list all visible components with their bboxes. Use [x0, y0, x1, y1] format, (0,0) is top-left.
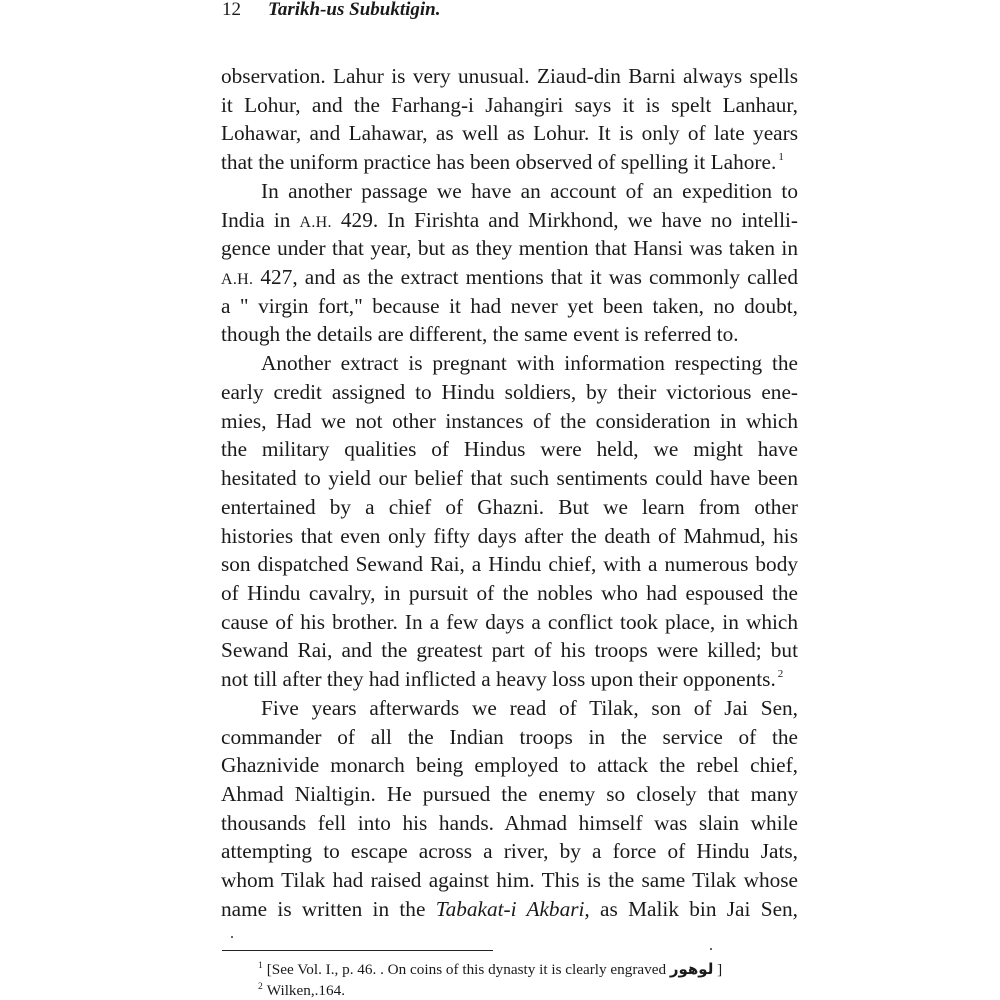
text-line: mies, Had we not other instances of the … [221, 407, 798, 436]
footnote-ref-1[interactable]: 1 [778, 151, 784, 163]
footnote-2: 2Wilken,.164. [258, 980, 722, 1000]
text-line: Ahmad Nialtigin. He pursued the enemy so… [221, 780, 798, 809]
text-line: India in A.H. 429. In Firishta and Mirkh… [221, 206, 798, 235]
era-abbrev: A.H. [221, 271, 253, 288]
text-line: not till after they had inflicted a heav… [221, 665, 798, 694]
arabic-word: لوهور [670, 960, 713, 978]
paragraph-4: Five years afterwards we read of Tilak, … [221, 694, 798, 924]
print-speck [710, 948, 712, 950]
text-line: it Lohur, and the Farhang-i Jahangiri sa… [221, 91, 798, 120]
text-line: entertained by a chief of Ghazni. But we… [221, 493, 798, 522]
text-line: observation. Lahur is very unusual. Ziau… [221, 62, 798, 91]
book-title-italic: Tabakat-i Akbari, [436, 897, 590, 921]
text-line: Sewand Rai, and the greatest part of his… [221, 636, 798, 665]
page-number: 12 [222, 0, 268, 21]
text-line: Another extract is pregnant with informa… [221, 349, 798, 378]
running-head: 12Tarikh-us Subuktigin. [222, 0, 441, 21]
body-text: observation. Lahur is very unusual. Ziau… [221, 62, 798, 924]
paragraph-1: observation. Lahur is very unusual. Ziau… [221, 62, 798, 177]
paragraph-2: In another passage we have an account of… [221, 177, 798, 349]
text-line: thousands fell into his hands. Ahmad him… [221, 809, 798, 838]
text-line: son dispatched Sewand Rai, a Hindu chief… [221, 550, 798, 579]
text-line: a " virgin fort," because it had never y… [221, 292, 798, 321]
text-line: Five years afterwards we read of Tilak, … [221, 694, 798, 723]
era-abbrev: A.H. [300, 214, 332, 231]
print-speck [231, 936, 233, 938]
text-line: histories that even only fifty days afte… [221, 522, 798, 551]
text-line: early credit assigned to Hindu soldiers,… [221, 378, 798, 407]
footnote-rule [222, 950, 493, 951]
text-line: cause of his brother. In a few days a co… [221, 608, 798, 637]
running-title: Tarikh-us Subuktigin. [268, 0, 441, 20]
footnote-marker: 1 [258, 961, 263, 971]
text-line: gence under that year, but as they menti… [221, 234, 798, 263]
text-line: attempting to escape across a river, by … [221, 837, 798, 866]
footnote-1: 1[See Vol. I., p. 46. . On coins of this… [258, 959, 722, 980]
text-line: name is written in the Tabakat-i Akbari,… [221, 895, 798, 924]
paragraph-3: Another extract is pregnant with informa… [221, 349, 798, 694]
book-page: 12Tarikh-us Subuktigin. observation. Lah… [0, 0, 1000, 1000]
text-line: In another passage we have an account of… [221, 177, 798, 206]
text-line: A.H. 427, and as the extract mentions th… [221, 263, 798, 292]
text-line: Ghaznivide monarch being employed to att… [221, 751, 798, 780]
text-line: the military qualities of Hindus were he… [221, 435, 798, 464]
footnote-ref-2[interactable]: 2 [778, 668, 784, 680]
text-line: Lohawar, and Lahawar, as well as Lohur. … [221, 119, 798, 148]
text-line: of Hindu cavalry, in pursuit of the nobl… [221, 579, 798, 608]
text-line: though the details are different, the sa… [221, 320, 798, 349]
footnote-marker: 2 [258, 982, 263, 992]
footnotes: 1[See Vol. I., p. 46. . On coins of this… [258, 959, 722, 1000]
text-line: commander of all the Indian troops in th… [221, 723, 798, 752]
text-line: that the uniform practice has been obser… [221, 148, 798, 177]
text-line: whom Tilak had raised against him. This … [221, 866, 798, 895]
text-line: hesitated to yield our belief that such … [221, 464, 798, 493]
